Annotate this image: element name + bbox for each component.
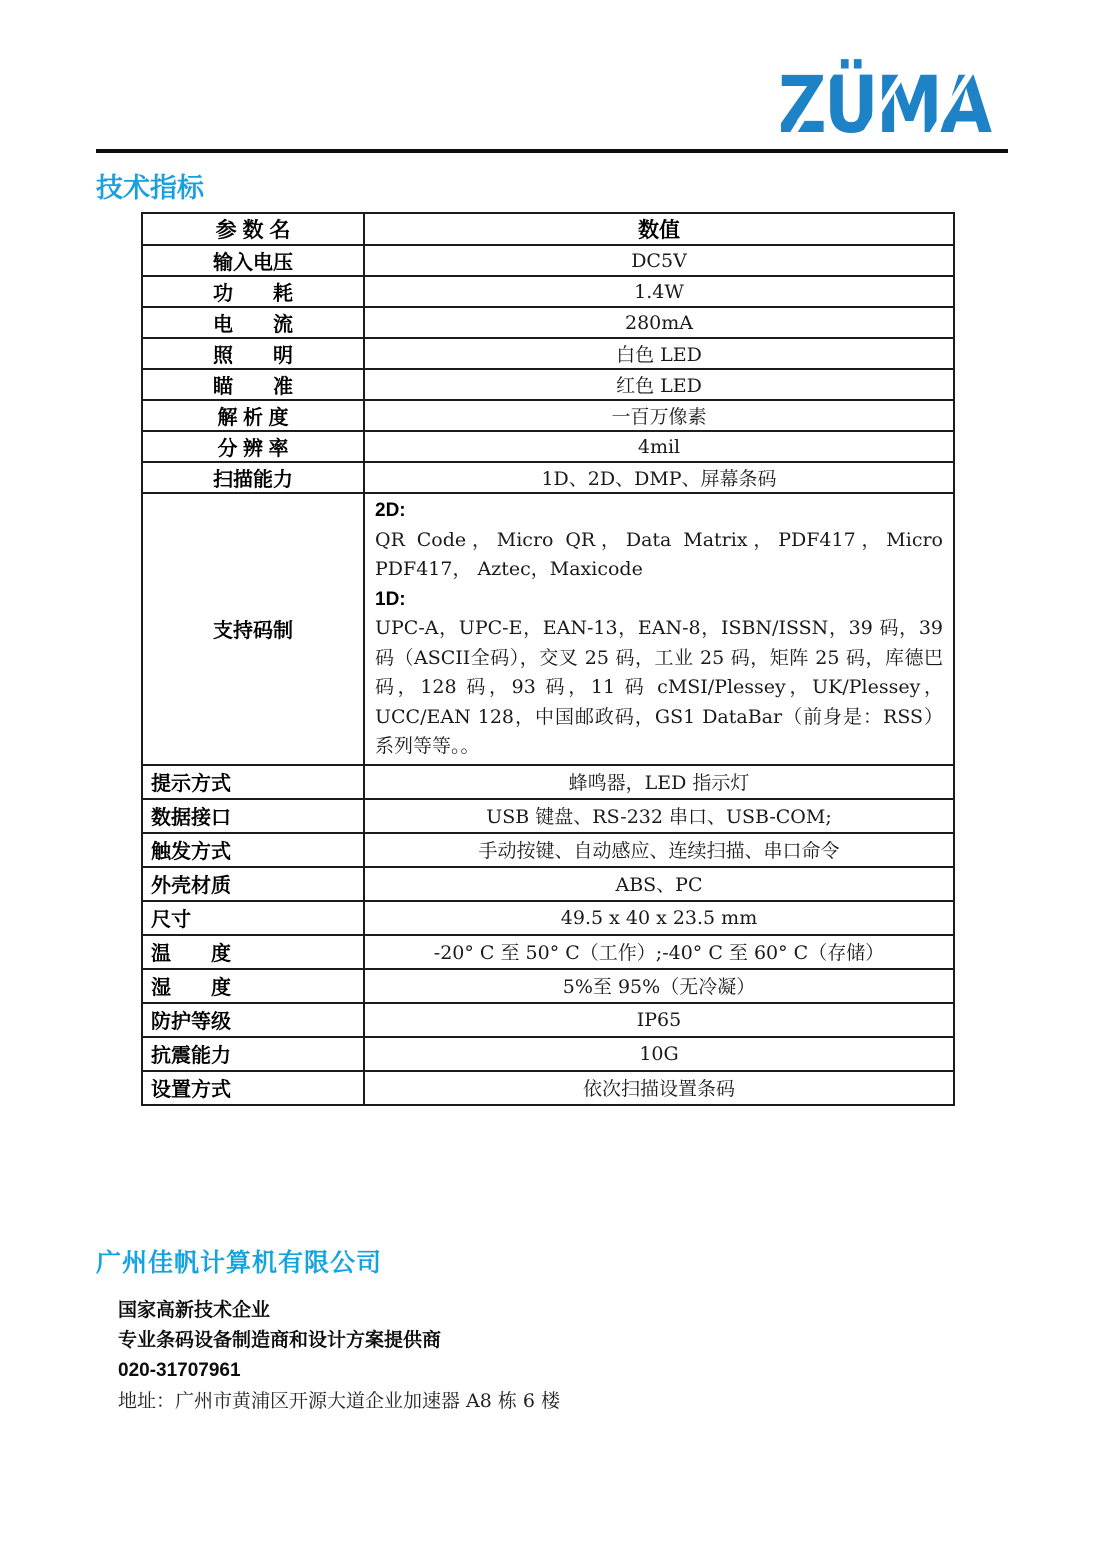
codes-2d-list: QR Code，Micro QR，Data Matrix，PDF417，Micr… [375,526,943,585]
company-details: 国家高新技术企业 专业条码设备制造商和设计方案提供商 020-31707961 … [118,1296,796,1416]
param-label: 解 析 度 [142,400,364,431]
spec-rows-bottom: 提示方式 蜂鸣器，LED 指示灯 数据接口 USB 键盘、RS-232 串口、U… [142,765,954,1105]
param-label: 支持码制 [142,493,364,765]
param-label: 瞄 准 [142,369,364,400]
param-label: 电 流 [142,307,364,338]
spec-row: 温 度 -20° C 至 50° C（工作）;-40° C 至 60° C（存储… [142,935,954,969]
param-label: 功 耗 [142,276,364,307]
spec-row: 湿 度 5%至 95%（无冷凝） [142,969,954,1003]
spec-row: 瞄 准 红色 LED [142,369,954,400]
spec-codes-section: 支持码制 2D: QR Code，Micro QR，Data Matrix，PD… [142,493,954,765]
spec-table: 参 数 名 数值 输入电压 DC5V 功 耗 1.4W 电 流 280mA 照 … [141,212,955,1106]
spec-row: 功 耗 1.4W [142,276,954,307]
value-header: 数值 [364,213,954,245]
header-row: 参 数 名 数值 [142,213,954,245]
param-label: 数据接口 [142,799,364,833]
param-value: 49.5 x 40 x 23.5 mm [364,901,954,935]
param-value-codes: 2D: QR Code，Micro QR，Data Matrix，PDF417，… [364,493,954,765]
param-value: 280mA [364,307,954,338]
param-label: 输入电压 [142,245,364,276]
spec-row: 扫描能力 1D、2D、DMP、屏幕条码 [142,462,954,493]
spec-row: 输入电压 DC5V [142,245,954,276]
company-tagline-2: 专业条码设备制造商和设计方案提供商 [118,1326,796,1356]
spec-rows-top: 输入电压 DC5V 功 耗 1.4W 电 流 280mA 照 明 白色 LED … [142,245,954,493]
param-label: 扫描能力 [142,462,364,493]
param-value: 依次扫描设置条码 [364,1071,954,1105]
spec-table-header: 参 数 名 数值 [142,213,954,245]
param-value: 1.4W [364,276,954,307]
param-value: USB 键盘、RS-232 串口、USB-COM; [364,799,954,833]
spec-row: 外壳材质 ABS、PC [142,867,954,901]
spec-row: 触发方式 手动按键、自动感应、连续扫描、串口命令 [142,833,954,867]
param-value: 手动按键、自动感应、连续扫描、串口命令 [364,833,954,867]
param-value: IP65 [364,1003,954,1037]
spec-row: 分 辨 率 4mil [142,431,954,462]
spec-row-codes: 支持码制 2D: QR Code，Micro QR，Data Matrix，PD… [142,493,954,765]
param-value: 一百万像素 [364,400,954,431]
spec-row: 防护等级 IP65 [142,1003,954,1037]
param-label: 照 明 [142,338,364,369]
param-label: 湿 度 [142,969,364,1003]
codes-1d-heading: 1D: [375,585,943,615]
spec-row: 提示方式 蜂鸣器，LED 指示灯 [142,765,954,799]
section-title: 技术指标 [96,166,204,205]
param-label: 温 度 [142,935,364,969]
param-value: 蜂鸣器，LED 指示灯 [364,765,954,799]
company-tagline-1: 国家高新技术企业 [118,1296,796,1326]
zuma-logo: ZÜMA [778,64,964,148]
param-label: 设置方式 [142,1071,364,1105]
param-label: 分 辨 率 [142,431,364,462]
param-label: 触发方式 [142,833,364,867]
param-value: 1D、2D、DMP、屏幕条码 [364,462,954,493]
header-divider [96,149,1008,153]
param-label: 防护等级 [142,1003,364,1037]
param-label: 提示方式 [142,765,364,799]
company-footer: 广州佳帆计算机有限公司 国家高新技术企业 专业条码设备制造商和设计方案提供商 0… [96,1243,796,1416]
param-label: 抗震能力 [142,1037,364,1071]
company-phone: 020-31707961 [118,1356,796,1386]
param-value: 10G [364,1037,954,1071]
company-address: 地址：广州市黄浦区开源大道企业加速器 A8 栋 6 楼 [118,1386,796,1416]
datasheet-page: { "logo": { "text": "ZÜMA", "color": "#1… [0,0,1102,1559]
company-name: 广州佳帆计算机有限公司 [96,1243,796,1279]
param-label: 外壳材质 [142,867,364,901]
codes-2d-heading: 2D: [375,496,943,526]
param-value: ABS、PC [364,867,954,901]
param-value: DC5V [364,245,954,276]
spec-row: 解 析 度 一百万像素 [142,400,954,431]
param-value: 红色 LED [364,369,954,400]
spec-row: 照 明 白色 LED [142,338,954,369]
spec-row: 尺寸 49.5 x 40 x 23.5 mm [142,901,954,935]
param-value: -20° C 至 50° C（工作）;-40° C 至 60° C（存储） [364,935,954,969]
spec-row: 数据接口 USB 键盘、RS-232 串口、USB-COM; [142,799,954,833]
param-value: 白色 LED [364,338,954,369]
param-name-header: 参 数 名 [142,213,364,245]
param-value: 4mil [364,431,954,462]
spec-row: 抗震能力 10G [142,1037,954,1071]
param-value: 5%至 95%（无冷凝） [364,969,954,1003]
spec-row: 电 流 280mA [142,307,954,338]
param-label: 尺寸 [142,901,364,935]
codes-1d-list: UPC-A，UPC-E，EAN-13，EAN-8，ISBN/ISSN，39 码，… [375,614,943,762]
spec-row: 设置方式 依次扫描设置条码 [142,1071,954,1105]
